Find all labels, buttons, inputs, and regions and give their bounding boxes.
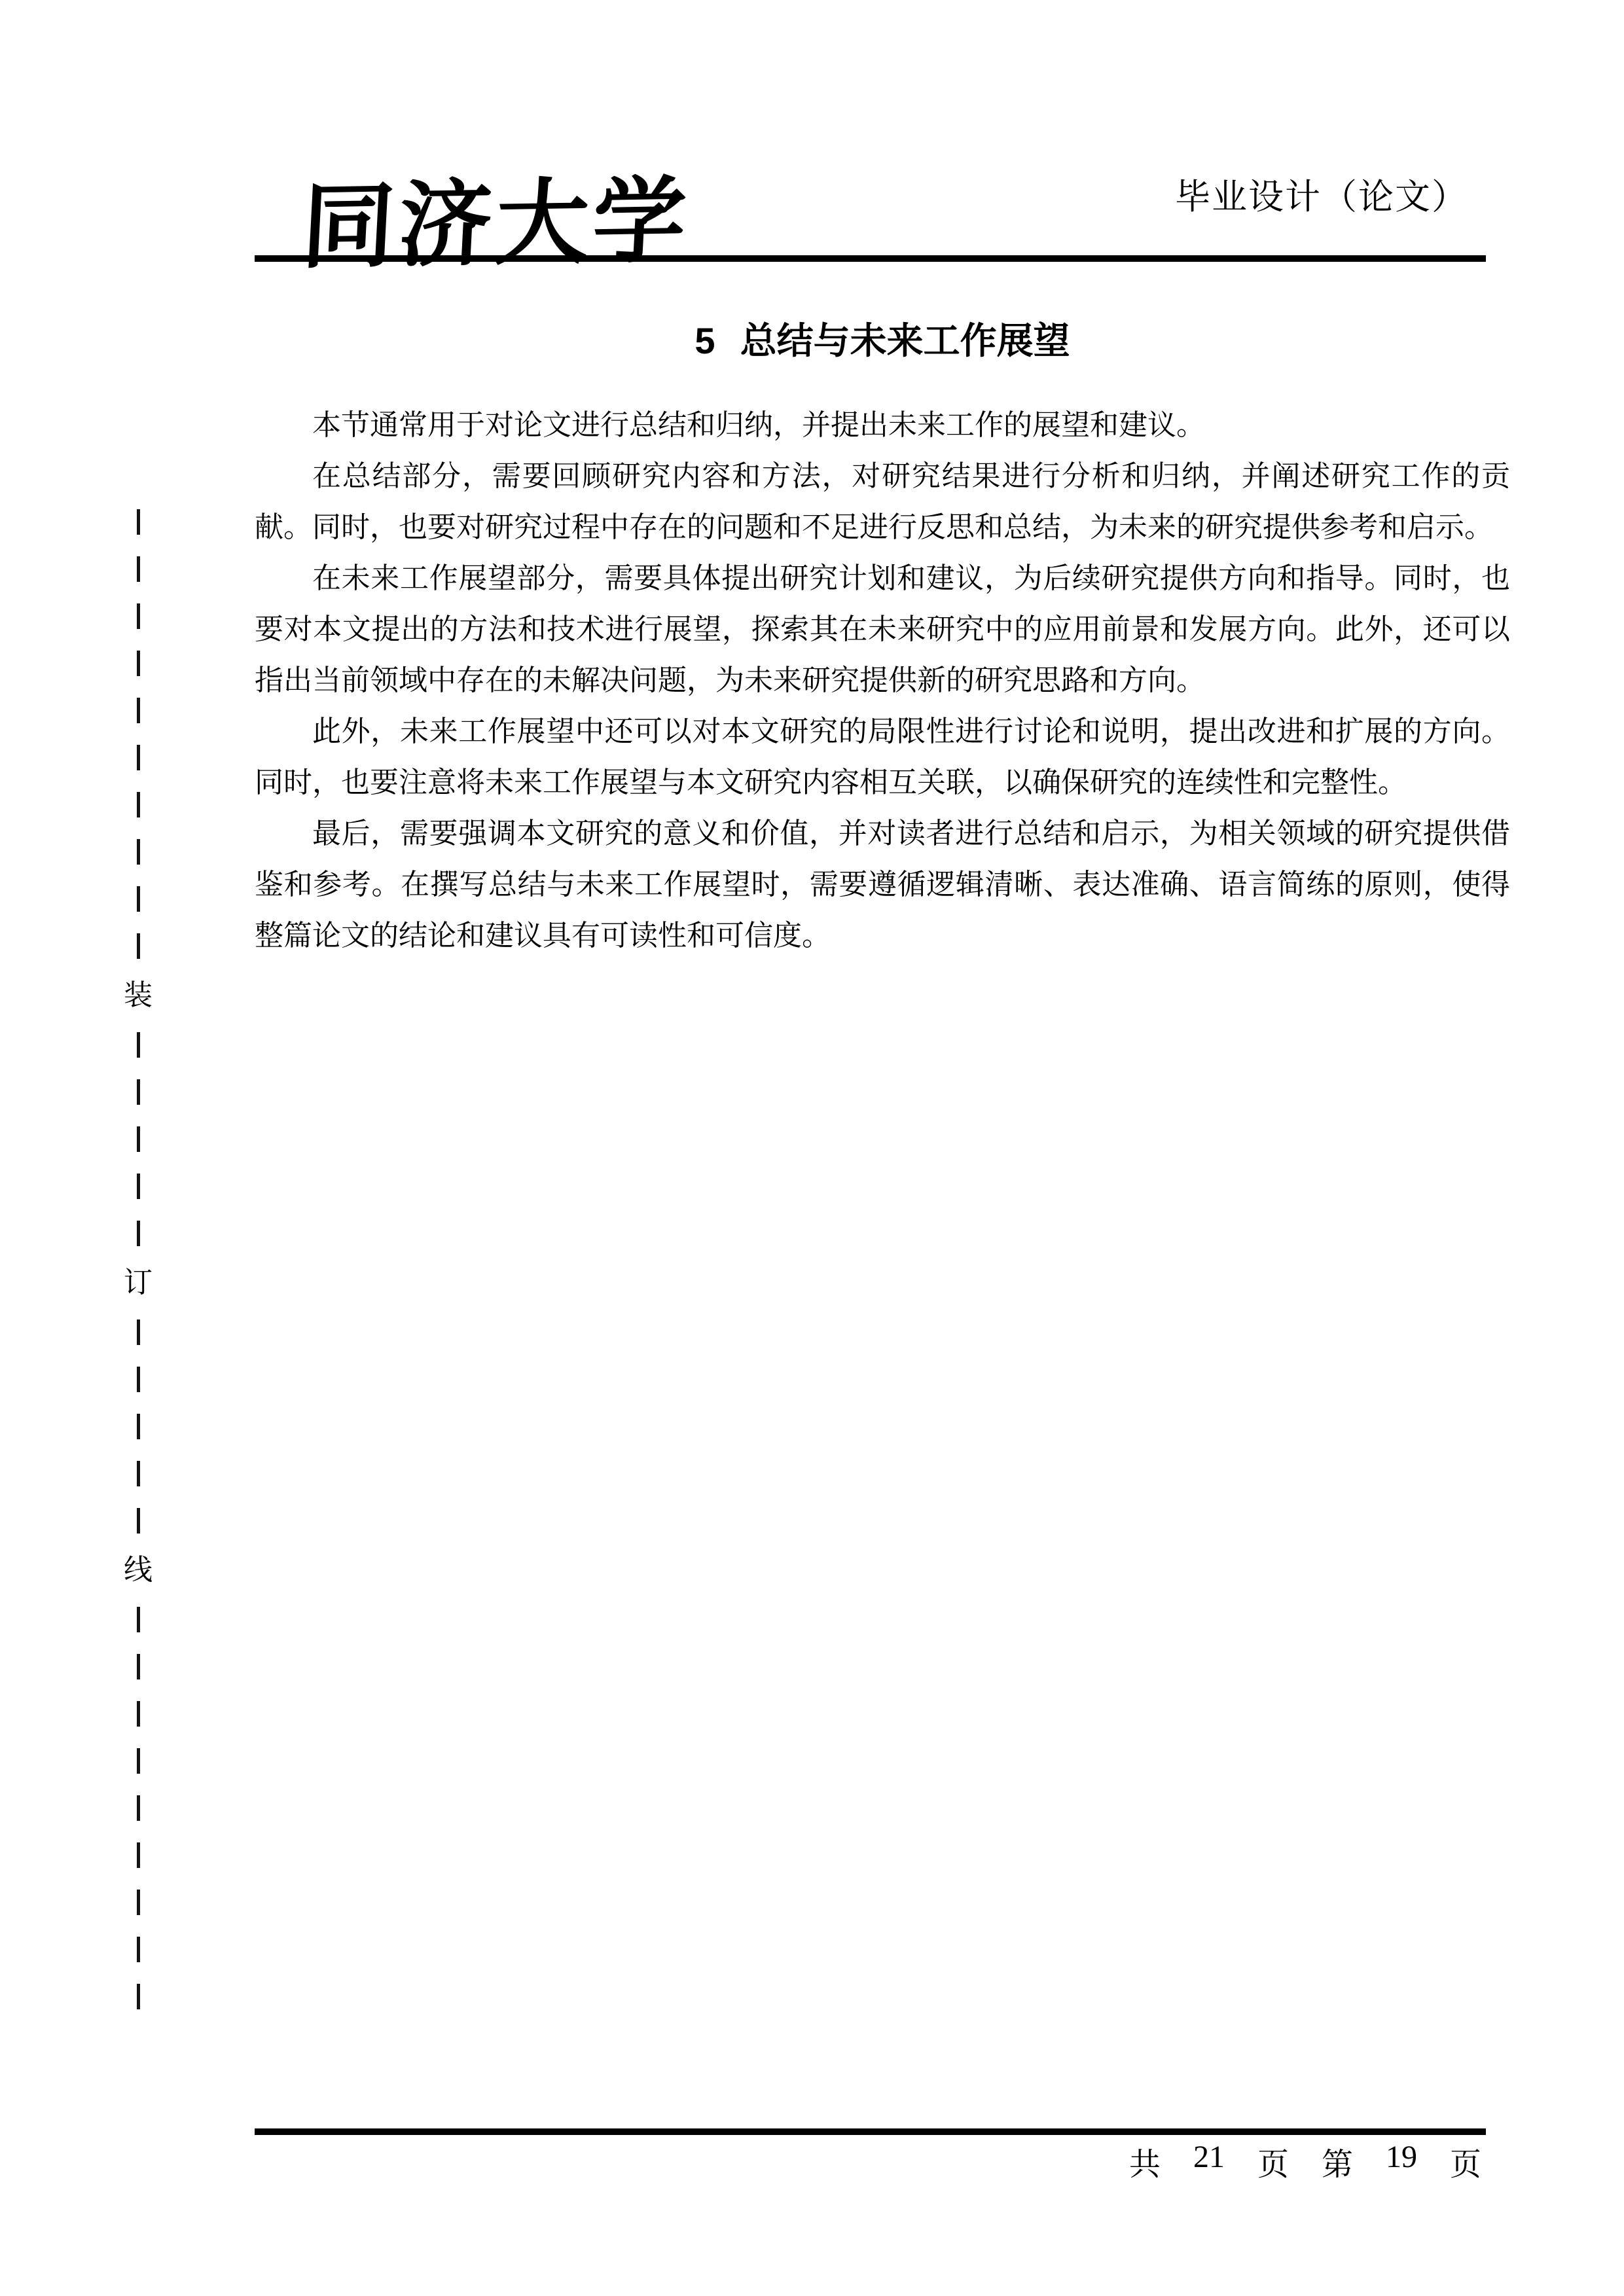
paragraph: 最后，需要强调本文研究的意义和价值，并对读者进行总结和启示，为相关领域的研究提供… bbox=[255, 808, 1510, 961]
binding-dash bbox=[137, 1367, 140, 1392]
binding-dash bbox=[137, 1607, 140, 1632]
binding-dash bbox=[137, 698, 140, 723]
page-counter-part: 第 bbox=[1322, 2139, 1353, 2184]
section-title: 总结与未来工作展望 bbox=[740, 320, 1070, 361]
binding-dash bbox=[137, 1221, 140, 1246]
thesis-page: { "colors": { "background": "#ffffff", "… bbox=[0, 0, 1624, 2296]
binding-dash bbox=[137, 1461, 140, 1486]
binding-label: 线 bbox=[124, 1555, 153, 1585]
university-logo: 同济大学 bbox=[298, 146, 693, 286]
binding-dash bbox=[137, 556, 140, 582]
paragraph: 此外，未来工作展望中还可以对本文研究的局限性进行讨论和说明，提出改进和扩展的方向… bbox=[255, 706, 1510, 808]
binding-dash bbox=[137, 1126, 140, 1152]
binding-dash bbox=[137, 1748, 140, 1774]
page-counter-part: 19 bbox=[1386, 2139, 1417, 2184]
binding-dash bbox=[137, 886, 140, 912]
paragraph: 在未来工作展望部分，需要具体提出研究计划和建议，为后续研究提供方向和指导。同时，… bbox=[255, 553, 1510, 706]
binding-dash bbox=[137, 1079, 140, 1105]
binding-label: 装 bbox=[124, 980, 153, 1011]
binding-dash bbox=[137, 1174, 140, 1199]
binding-dash bbox=[137, 792, 140, 817]
body-text: 本节通常用于对论文进行总结和归纳，并提出未来工作的展望和建议。 在总结部分，需要… bbox=[255, 400, 1510, 961]
binding-dash bbox=[137, 1654, 140, 1679]
section-number: 5 bbox=[695, 320, 715, 361]
page-counter-part: 21 bbox=[1193, 2139, 1225, 2184]
page-counter-part: 页 bbox=[1450, 2139, 1481, 2184]
footer-rule bbox=[255, 2128, 1486, 2135]
binding-dash bbox=[137, 1842, 140, 1868]
binding-dash bbox=[137, 839, 140, 865]
binding-dash bbox=[137, 603, 140, 629]
binding-dash bbox=[137, 933, 140, 959]
page-counter: 共 21 页 第 19 页 bbox=[1129, 2139, 1481, 2184]
binding-dash bbox=[137, 745, 140, 770]
binding-dash bbox=[137, 1508, 140, 1534]
page-counter-part: 页 bbox=[1257, 2139, 1289, 2184]
paragraph: 本节通常用于对论文进行总结和归纳，并提出未来工作的展望和建议。 bbox=[255, 400, 1510, 451]
page-counter-part: 共 bbox=[1129, 2139, 1161, 2184]
binding-dash bbox=[137, 509, 140, 535]
binding-dash bbox=[137, 1984, 140, 2009]
binding-dash bbox=[137, 1795, 140, 1821]
paragraph: 在总结部分，需要回顾研究内容和方法，对研究结果进行分析和归纳，并阐述研究工作的贡… bbox=[255, 451, 1510, 553]
binding-label: 订 bbox=[124, 1268, 153, 1298]
binding-strip: 装订线 bbox=[120, 509, 156, 2009]
section-heading: 5总结与未来工作展望 bbox=[255, 315, 1510, 367]
header-rule bbox=[255, 255, 1486, 262]
binding-dash bbox=[137, 1032, 140, 1058]
binding-dash bbox=[137, 651, 140, 676]
binding-dash bbox=[137, 1414, 140, 1439]
binding-dash bbox=[137, 1319, 140, 1345]
binding-dash bbox=[137, 1890, 140, 1915]
doc-type-label: 毕业设计（论文） bbox=[1175, 169, 1468, 219]
binding-dash bbox=[137, 1937, 140, 1962]
binding-dash bbox=[137, 1701, 140, 1727]
